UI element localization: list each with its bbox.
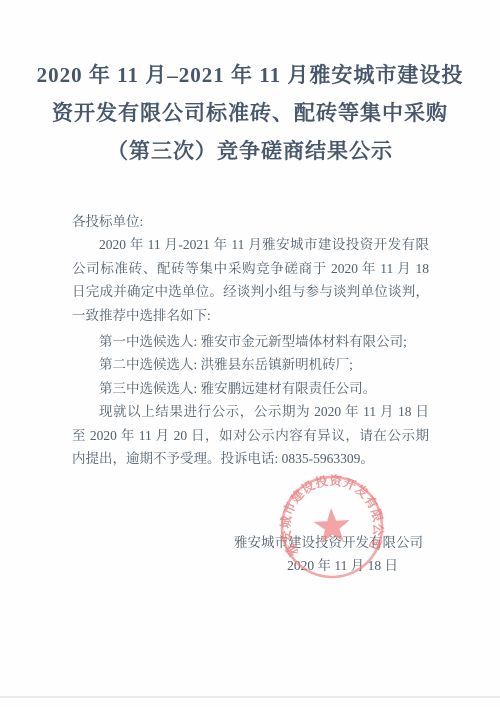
title-line-2: 资开发有限公司标准砖、配砖等集中采购 bbox=[36, 94, 464, 132]
seal-serial-container: · · · · · · · · bbox=[308, 555, 328, 570]
paragraph-intro: 2020 年 11 月-2021 年 11 月雅安城市建设投资开发有限公司标准砖… bbox=[72, 233, 429, 327]
document-page: 2020 年 11 月–2021 年 11 月雅安城市建设投 资开发有限公司标准… bbox=[0, 0, 500, 707]
document-title: 2020 年 11 月–2021 年 11 月雅安城市建设投 资开发有限公司标准… bbox=[36, 56, 464, 170]
title-line-1: 2020 年 11 月–2021 年 11 月雅安城市建设投 bbox=[36, 56, 464, 94]
candidate-second: 第二中选候选人: 洪雅县东岳镇新明机砖厂; bbox=[72, 353, 429, 376]
title-line-3: （第三次）竞争磋商结果公示 bbox=[36, 132, 464, 170]
page-bottom-edge bbox=[0, 696, 500, 698]
seal-serial-marks: · · · · · · · · bbox=[308, 555, 328, 570]
candidate-first: 第一中选候选人: 雅安市金元新型墙体材料有限公司; bbox=[72, 330, 429, 353]
company-seal-stamp: 雅安城市建设投资开发有限公司 · · · · · · · · bbox=[269, 464, 395, 590]
document-body: 各投标单位: 2020 年 11 月-2021 年 11 月雅安城市建设投资开发… bbox=[72, 210, 429, 470]
salutation: 各投标单位: bbox=[72, 210, 429, 233]
paragraph-closing: 现就以上结果进行公示，公示期为 2020 年 11 月 18 日至 2020 年… bbox=[72, 400, 429, 470]
candidate-list: 第一中选候选人: 雅安市金元新型墙体材料有限公司; 第二中选候选人: 洪雅县东岳… bbox=[72, 330, 429, 400]
seal-star-icon bbox=[313, 507, 351, 543]
candidate-third: 第三中选候选人: 雅安鹏远建材有限责任公司。 bbox=[72, 377, 429, 400]
